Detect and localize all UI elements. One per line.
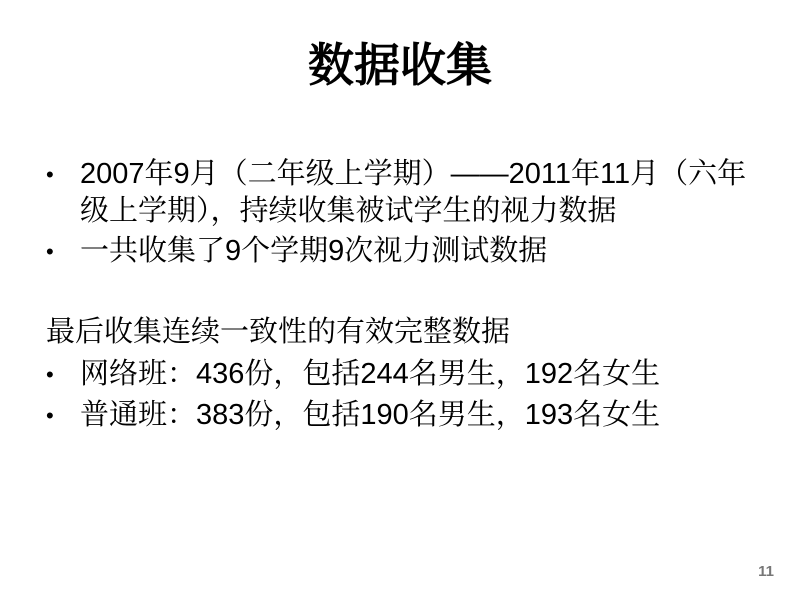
bullet-marker: • [46, 233, 80, 266]
bullet-item-period: • 2007年9月（二年级上学期）——2011年11月（六年级上学期），持续收集… [46, 156, 764, 230]
bullet-text-period: 2007年9月（二年级上学期）——2011年11月（六年级上学期），持续收集被试… [80, 156, 764, 230]
bullet-item-regular-class: • 普通班：383份，包括190名男生，193名女生 [46, 397, 764, 434]
bullet-item-online-class: • 网络班：436份，包括244名男生，192名女生 [46, 356, 764, 393]
presentation-slide: 数据收集 • 2007年9月（二年级上学期）——2011年11月（六年级上学期）… [0, 0, 800, 600]
bullet-text-total-tests: 一共收集了9个学期9次视力测试数据 [80, 233, 764, 270]
bullet-text-regular-class: 普通班：383份，包括190名男生，193名女生 [80, 397, 764, 434]
slide-title: 数据收集 [0, 38, 800, 93]
subheading-valid-data: 最后收集连续一致性的有效完整数据 [46, 314, 764, 351]
bullet-item-total-tests: • 一共收集了9个学期9次视力测试数据 [46, 233, 764, 270]
bullet-text-online-class: 网络班：436份，包括244名男生，192名女生 [80, 356, 764, 393]
bullet-marker: • [46, 356, 80, 389]
bullet-marker: • [46, 156, 80, 189]
page-number: 11 [758, 563, 774, 580]
bullet-marker: • [46, 397, 80, 430]
slide-body: • 2007年9月（二年级上学期）——2011年11月（六年级上学期），持续收集… [46, 156, 764, 437]
